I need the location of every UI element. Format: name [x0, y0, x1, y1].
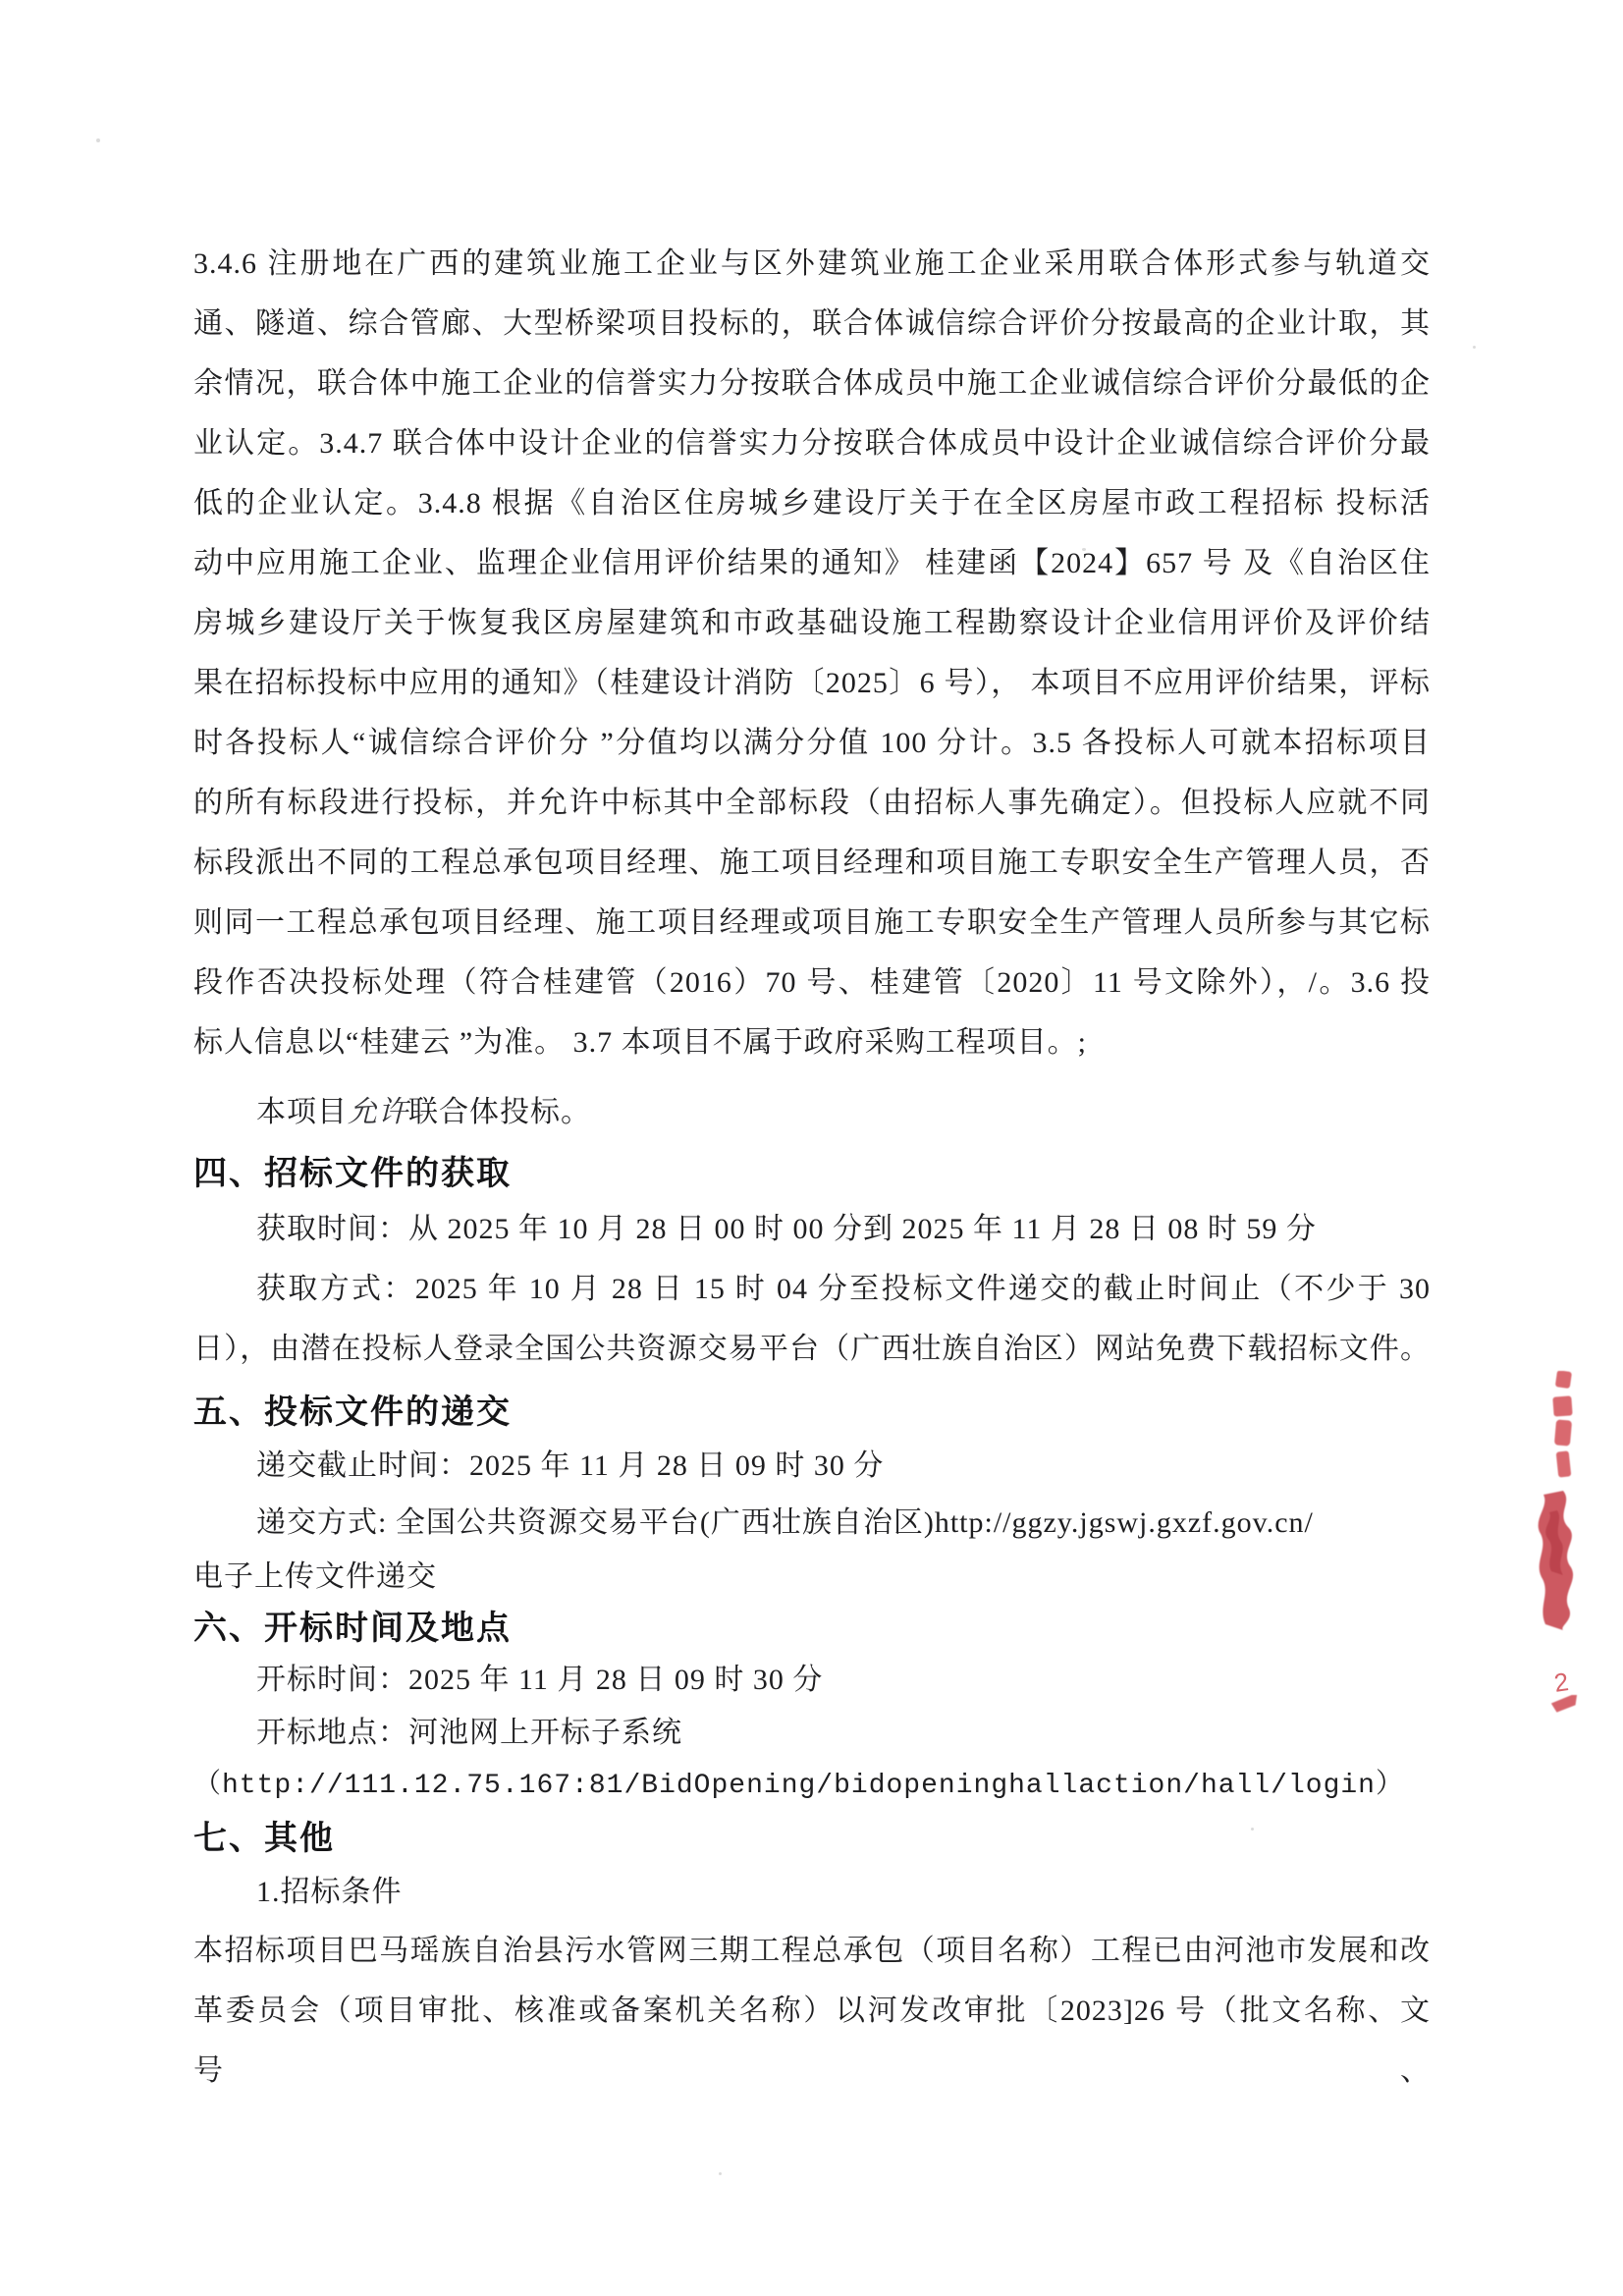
- bid-opening-place-line: 开标地点：河池网上开标子系统: [193, 1707, 1431, 1760]
- body-line: 余情况，联合体中施工企业的信誉实力分按联合体成员中施工企业诚信综合评价分最低的企: [193, 354, 1431, 413]
- bid-opening-url-line: （http://111.12.75.167:81/BidOpening/bido…: [193, 1760, 1431, 1813]
- scan-speckle: [96, 138, 100, 142]
- acquire-method-line: 获取方式：2025 年 10 月 28 日 15 时 04 分至投标文件递交的截…: [193, 1259, 1431, 1319]
- red-seal-fragment-icon: [1530, 1491, 1581, 1630]
- bid-opening-time-line: 开标时间：2025 年 11 月 28 日 09 时 30 分: [193, 1654, 1431, 1707]
- section-heading-bid-opening: 六、开标时间及地点: [193, 1603, 1431, 1654]
- scan-speckle: [1251, 1828, 1254, 1831]
- body-line: 房城乡建设厅关于恢复我区房屋建筑和市政基础设施工程勘察设计企业信用评价及评价结: [193, 593, 1431, 653]
- submission-method-line: 电子上传文件递交: [193, 1552, 1431, 1603]
- body-line: 果在招标投标中应用的通知》（桂建设计消防〔2025〕6 号）， 本项目不应用评价…: [193, 653, 1431, 713]
- scan-speckle: [1082, 548, 1086, 551]
- body-line: 本招标项目巴马瑶族自治县污水管网三期工程总承包（项目名称）工程已由河池市发展和改: [193, 1921, 1431, 1981]
- jv-note-emphasis: 允许: [348, 1096, 408, 1128]
- body-line: 段作否决投标处理（符合桂建管（2016）70 号、桂建管〔2020〕11 号文除…: [193, 953, 1431, 1012]
- acquire-method-line: 日），由潜在投标人登录全国公共资源交易平台（广西壮族自治区）网站免费下载招标文件…: [193, 1319, 1431, 1379]
- jv-note-prefix: 本项目: [256, 1096, 348, 1128]
- body-line: 通、隧道、综合管廊、大型桥梁项目投标的，联合体诚信综合评价分按最高的企业计取，其: [193, 294, 1431, 354]
- red-seal-digit: 2: [1552, 1667, 1571, 1699]
- clause-paragraph: 3.4.6 注册地在广西的建筑业施工企业与区外建筑业施工企业采用联合体形式参与轨…: [193, 234, 1431, 1072]
- scan-speckle: [719, 2172, 722, 2175]
- body-line: 标人信息以“桂建云 ”为准。 3.7 本项目不属于政府采购工程项目。;: [193, 1012, 1431, 1072]
- tender-conditions-label: 1.招标条件: [193, 1864, 1431, 1921]
- body-line: 时各投标人“诚信综合评价分 ”分值均以满分分值 100 分计。3.5 各投标人可…: [193, 713, 1431, 773]
- body-line: 则同一工程总承包项目经理、施工项目经理或项目施工专职安全生产管理人员所参与其它标: [193, 893, 1431, 953]
- red-seal-fragment-icon: [1545, 1695, 1585, 1724]
- body-line: 动中应用施工企业、监理企业信用评价结果的通知》 桂建函【2024】657 号 及…: [193, 533, 1431, 593]
- submission-method-line: 递交方式: 全国公共资源交易平台(广西壮族自治区)http://ggzy.jgs…: [193, 1495, 1431, 1552]
- jv-note-suffix: 联合体投标。: [408, 1096, 591, 1128]
- section-heading-acquisition: 四、招标文件的获取: [193, 1148, 1431, 1199]
- scan-speckle: [1473, 346, 1476, 349]
- body-line: 革委员会（项目审批、核准或备案机关名称）以河发改审批〔2023]26 号（批文名…: [193, 1981, 1431, 2041]
- body-line: 标段派出不同的工程总承包项目经理、施工项目经理和项目施工专职安全生产管理人员，否: [193, 833, 1431, 893]
- body-line: 低的企业认定。3.4.8 根据《自治区住房城乡建设厅关于在全区房屋市政工程招标 …: [193, 473, 1431, 533]
- document-body: 3.4.6 注册地在广西的建筑业施工企业与区外建筑业施工企业采用联合体形式参与轨…: [193, 234, 1431, 2041]
- seal-digit-text: 2: [1552, 1667, 1571, 1698]
- section-heading-other: 七、其他: [193, 1813, 1431, 1864]
- acquire-time-line: 获取时间：从 2025 年 10 月 28 日 00 时 00 分到 2025 …: [193, 1199, 1431, 1259]
- red-seal-fragment-icon: [1547, 1371, 1579, 1481]
- body-line: 业认定。3.4.7 联合体中设计企业的信誉实力分按联合体成员中设计企业诚信综合评…: [193, 413, 1431, 473]
- joint-venture-note: 本项目允许联合体投标。: [193, 1082, 1431, 1142]
- submission-deadline-line: 递交截止时间：2025 年 11 月 28 日 09 时 30 分: [193, 1438, 1431, 1495]
- body-line: 3.4.6 注册地在广西的建筑业施工企业与区外建筑业施工企业采用联合体形式参与轨…: [193, 234, 1431, 294]
- section-heading-submission: 五、投标文件的递交: [193, 1387, 1431, 1438]
- scanned-document-page: 3.4.6 注册地在广西的建筑业施工企业与区外建筑业施工企业采用联合体形式参与轨…: [0, 0, 1623, 2296]
- body-line: 的所有标段进行投标，并允许中标其中全部标段（由招标人事先确定）。但投标人应就不同: [193, 773, 1431, 833]
